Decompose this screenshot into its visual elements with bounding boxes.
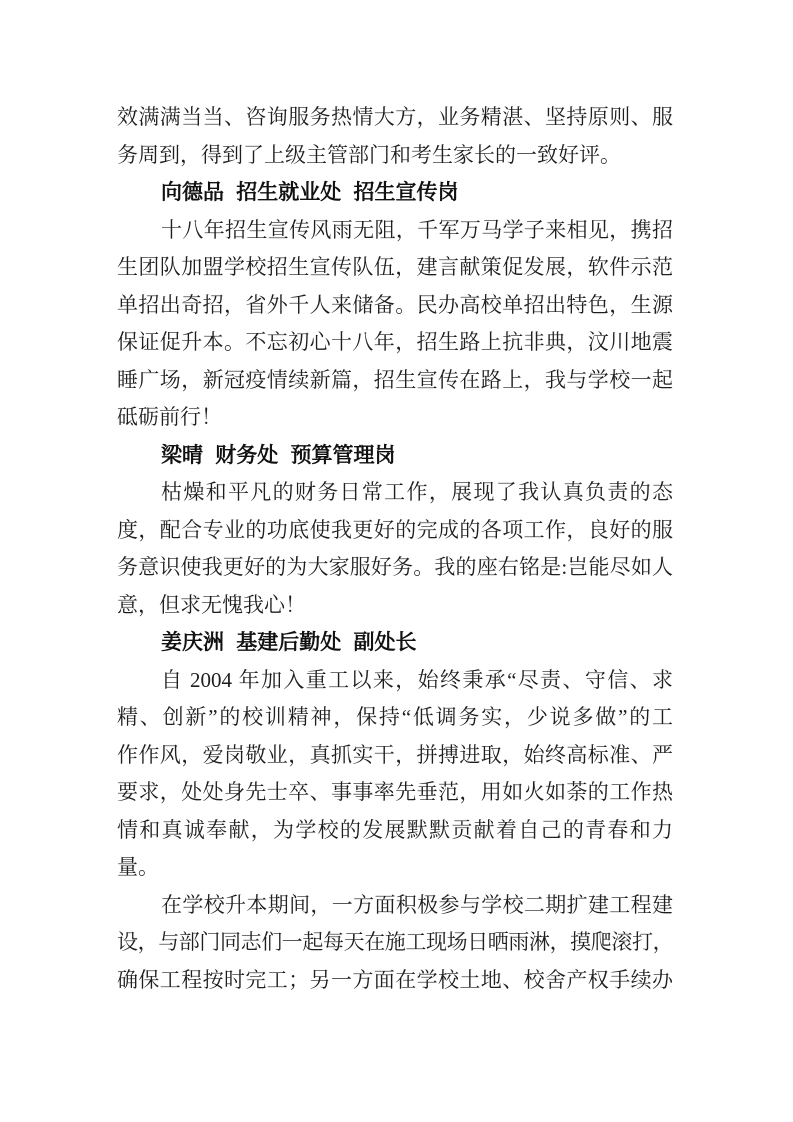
paragraph-line: 务意识使我更好的为大家服好务。我的座右铭是:岂能尽如人 <box>117 549 673 587</box>
entry-heading-jiangqingzhou: 姜庆洲 基建后勤处 副处长 <box>117 624 673 662</box>
paragraph-line: 单招出奇招，省外千人来储备。民办高校单招出特色，生源 <box>117 287 673 325</box>
paragraph-line: 保证促升本。不忘初心十八年，招生路上抗非典，汶川地震 <box>117 324 673 362</box>
paragraph-line: 在学校升本期间，一方面积极参与学校二期扩建工程建 <box>117 887 673 925</box>
paragraph-line: 要求，处处身先士卒、事事率先垂范，用如火如荼的工作热 <box>117 774 673 812</box>
paragraph-line: 砥砺前行！ <box>117 399 673 437</box>
paragraph-line: 睡广场，新冠疫情续新篇，招生宣传在路上，我与学校一起 <box>117 362 673 400</box>
entry-heading-xiangdepin: 向德品 招生就业处 招生宣传岗 <box>117 174 673 212</box>
document-page: 效满满当当、咨询服务热情大方，业务精湛、坚持原则、服 务周到，得到了上级主管部门… <box>0 0 793 1122</box>
entry-heading-liangqing: 梁晴 财务处 预算管理岗 <box>117 437 673 475</box>
paragraph-line: 生团队加盟学校招生宣传队伍，建言献策促发展，软件示范 <box>117 249 673 287</box>
text-block: 效满满当当、咨询服务热情大方，业务精湛、坚持原则、服 务周到，得到了上级主管部门… <box>117 99 673 999</box>
paragraph-line: 精、创新”的校训精神，保持“低调务实，少说多做”的工 <box>117 699 673 737</box>
paragraph-line: 设，与部门同志们一起每天在施工现场日晒雨淋，摸爬滚打， <box>117 924 673 962</box>
paragraph-line: 作作风，爱岗敬业，真抓实干，拼搏进取，始终高标准、严 <box>117 737 673 775</box>
paragraph-line: 效满满当当、咨询服务热情大方，业务精湛、坚持原则、服 <box>117 99 673 137</box>
paragraph-line: 自 2004 年加入重工以来，始终秉承“尽责、守信、求 <box>117 662 673 700</box>
paragraph-line: 枯燥和平凡的财务日常工作，展现了我认真负责的态 <box>117 474 673 512</box>
paragraph-line: 十八年招生宣传风雨无阻，千军万马学子来相见，携招 <box>117 212 673 250</box>
paragraph-line: 度，配合专业的功底使我更好的完成的各项工作，良好的服 <box>117 512 673 550</box>
paragraph-line: 情和真诚奉献，为学校的发展默默贡献着自己的青春和力 <box>117 812 673 850</box>
paragraph-line: 意，但求无愧我心！ <box>117 587 673 625</box>
paragraph-line: 务周到，得到了上级主管部门和考生家长的一致好评。 <box>117 137 673 175</box>
paragraph-line: 量。 <box>117 849 673 887</box>
paragraph-line: 确保工程按时完工；另一方面在学校土地、校舍产权手续办 <box>117 962 673 1000</box>
